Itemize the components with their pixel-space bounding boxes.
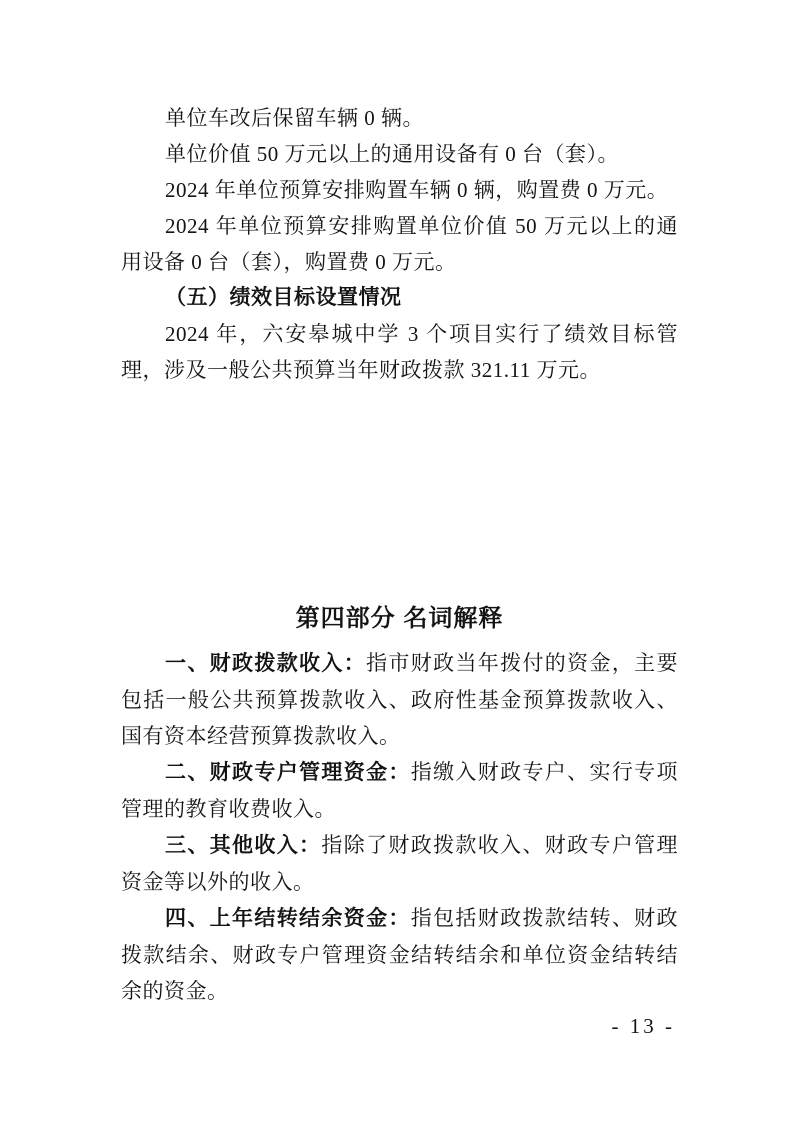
term-label: 三、其他收入： — [165, 834, 321, 857]
performance-paragraph: 2024 年，六安皋城中学 3 个项目实行了绩效目标管理，涉及一般公共预算当年财… — [121, 316, 678, 388]
asset-paragraph-3: 2024 年单位预算安排购置车辆 0 辆，购置费 0 万元。 — [121, 172, 678, 208]
asset-paragraph-4: 2024 年单位预算安排购置单位价值 50 万元以上的通用设备 0 台（套），购… — [121, 208, 678, 280]
term-paragraph-fiscal-appropriation: 一、财政拨款收入：指市财政当年拨付的资金，主要包括一般公共预算拨款收入、政府性基… — [121, 645, 678, 754]
page-content: 单位车改后保留车辆 0 辆。 单位价值 50 万元以上的通用设备有 0 台（套）… — [0, 0, 793, 1009]
term-paragraph-other-income: 三、其他收入：指除了财政拨款收入、财政专户管理资金等以外的收入。 — [121, 827, 678, 900]
asset-paragraph-1: 单位车改后保留车辆 0 辆。 — [121, 100, 678, 136]
term-label: 二、财政专户管理资金： — [165, 761, 411, 784]
term-label: 一、财政拨款收入： — [165, 652, 366, 675]
document-page: 单位车改后保留车辆 0 辆。 单位价值 50 万元以上的通用设备有 0 台（套）… — [0, 0, 793, 1122]
part4-title: 第四部分 名词解释 — [121, 599, 678, 639]
asset-paragraph-2: 单位价值 50 万元以上的通用设备有 0 台（套）。 — [121, 136, 678, 172]
term-paragraph-special-account-funds: 二、财政专户管理资金：指缴入财政专户、实行专项管理的教育收费收入。 — [121, 754, 678, 827]
performance-section-heading: （五）绩效目标设置情况 — [121, 280, 678, 316]
page-number: - 13 - — [612, 1012, 676, 1040]
term-paragraph-carryover-funds: 四、上年结转结余资金：指包括财政拨款结转、财政拨款结余、财政专户管理资金结转结余… — [121, 900, 678, 1009]
term-label: 四、上年结转结余资金： — [165, 907, 411, 930]
